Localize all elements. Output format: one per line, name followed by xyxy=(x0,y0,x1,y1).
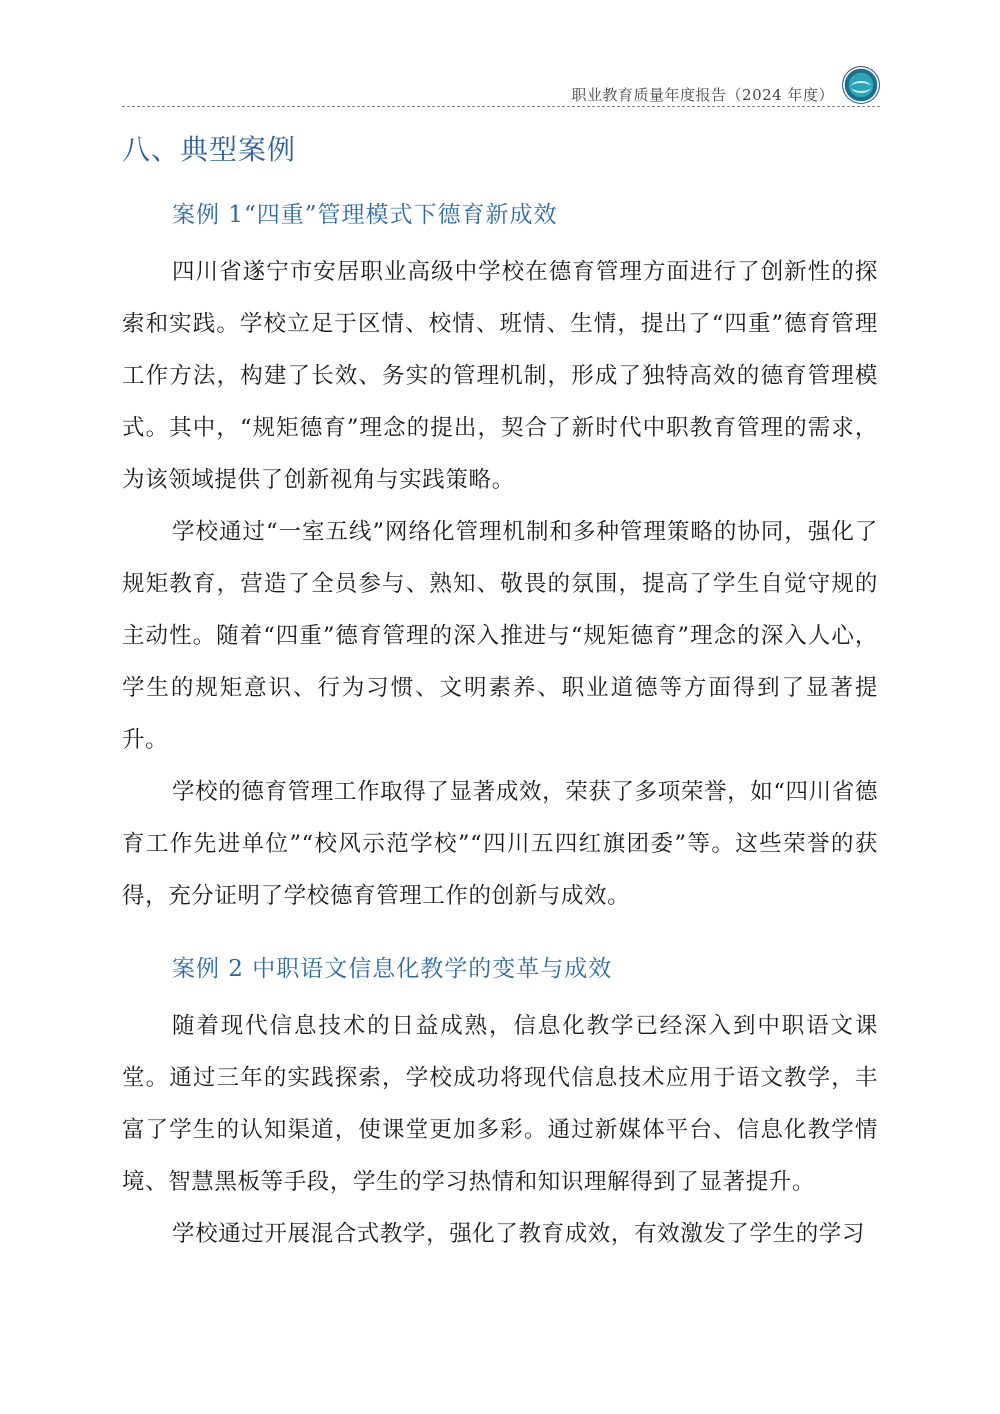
page-header: 职业教育质量年度报告（2024 年度） xyxy=(122,60,880,107)
section-title: 八、典型案例 xyxy=(122,128,296,168)
case-1-title: 案例 1“四重”管理模式下德育新成效 xyxy=(172,196,557,229)
case-1-paragraph-2: 学校通过“一室五线”网络化管理机制和多种管理策略的协同，强化了规矩教育，营造了全… xyxy=(122,506,878,766)
case-1-paragraph-3: 学校的德育管理工作取得了显著成效，荣获了多项荣誉，如“四川省德育工作先进单位”“… xyxy=(122,766,878,922)
case-2-paragraph-1: 随着现代信息技术的日益成熟，信息化教学已经深入到中职语文课堂。通过三年的实践探索… xyxy=(122,1000,878,1208)
case-2-title: 案例 2 中职语文信息化教学的变革与成效 xyxy=(172,950,612,983)
case-1-paragraph-1: 四川省遂宁市安居职业高级中学校在德育管理方面进行了创新性的探索和实践。学校立足于… xyxy=(122,246,878,506)
school-emblem-icon xyxy=(842,66,880,104)
report-title: 职业教育质量年度报告（2024 年度） xyxy=(572,84,834,105)
case-2-paragraph-2: 学校通过开展混合式教学，强化了教育成效，有效激发了学生的学习 xyxy=(122,1208,878,1260)
